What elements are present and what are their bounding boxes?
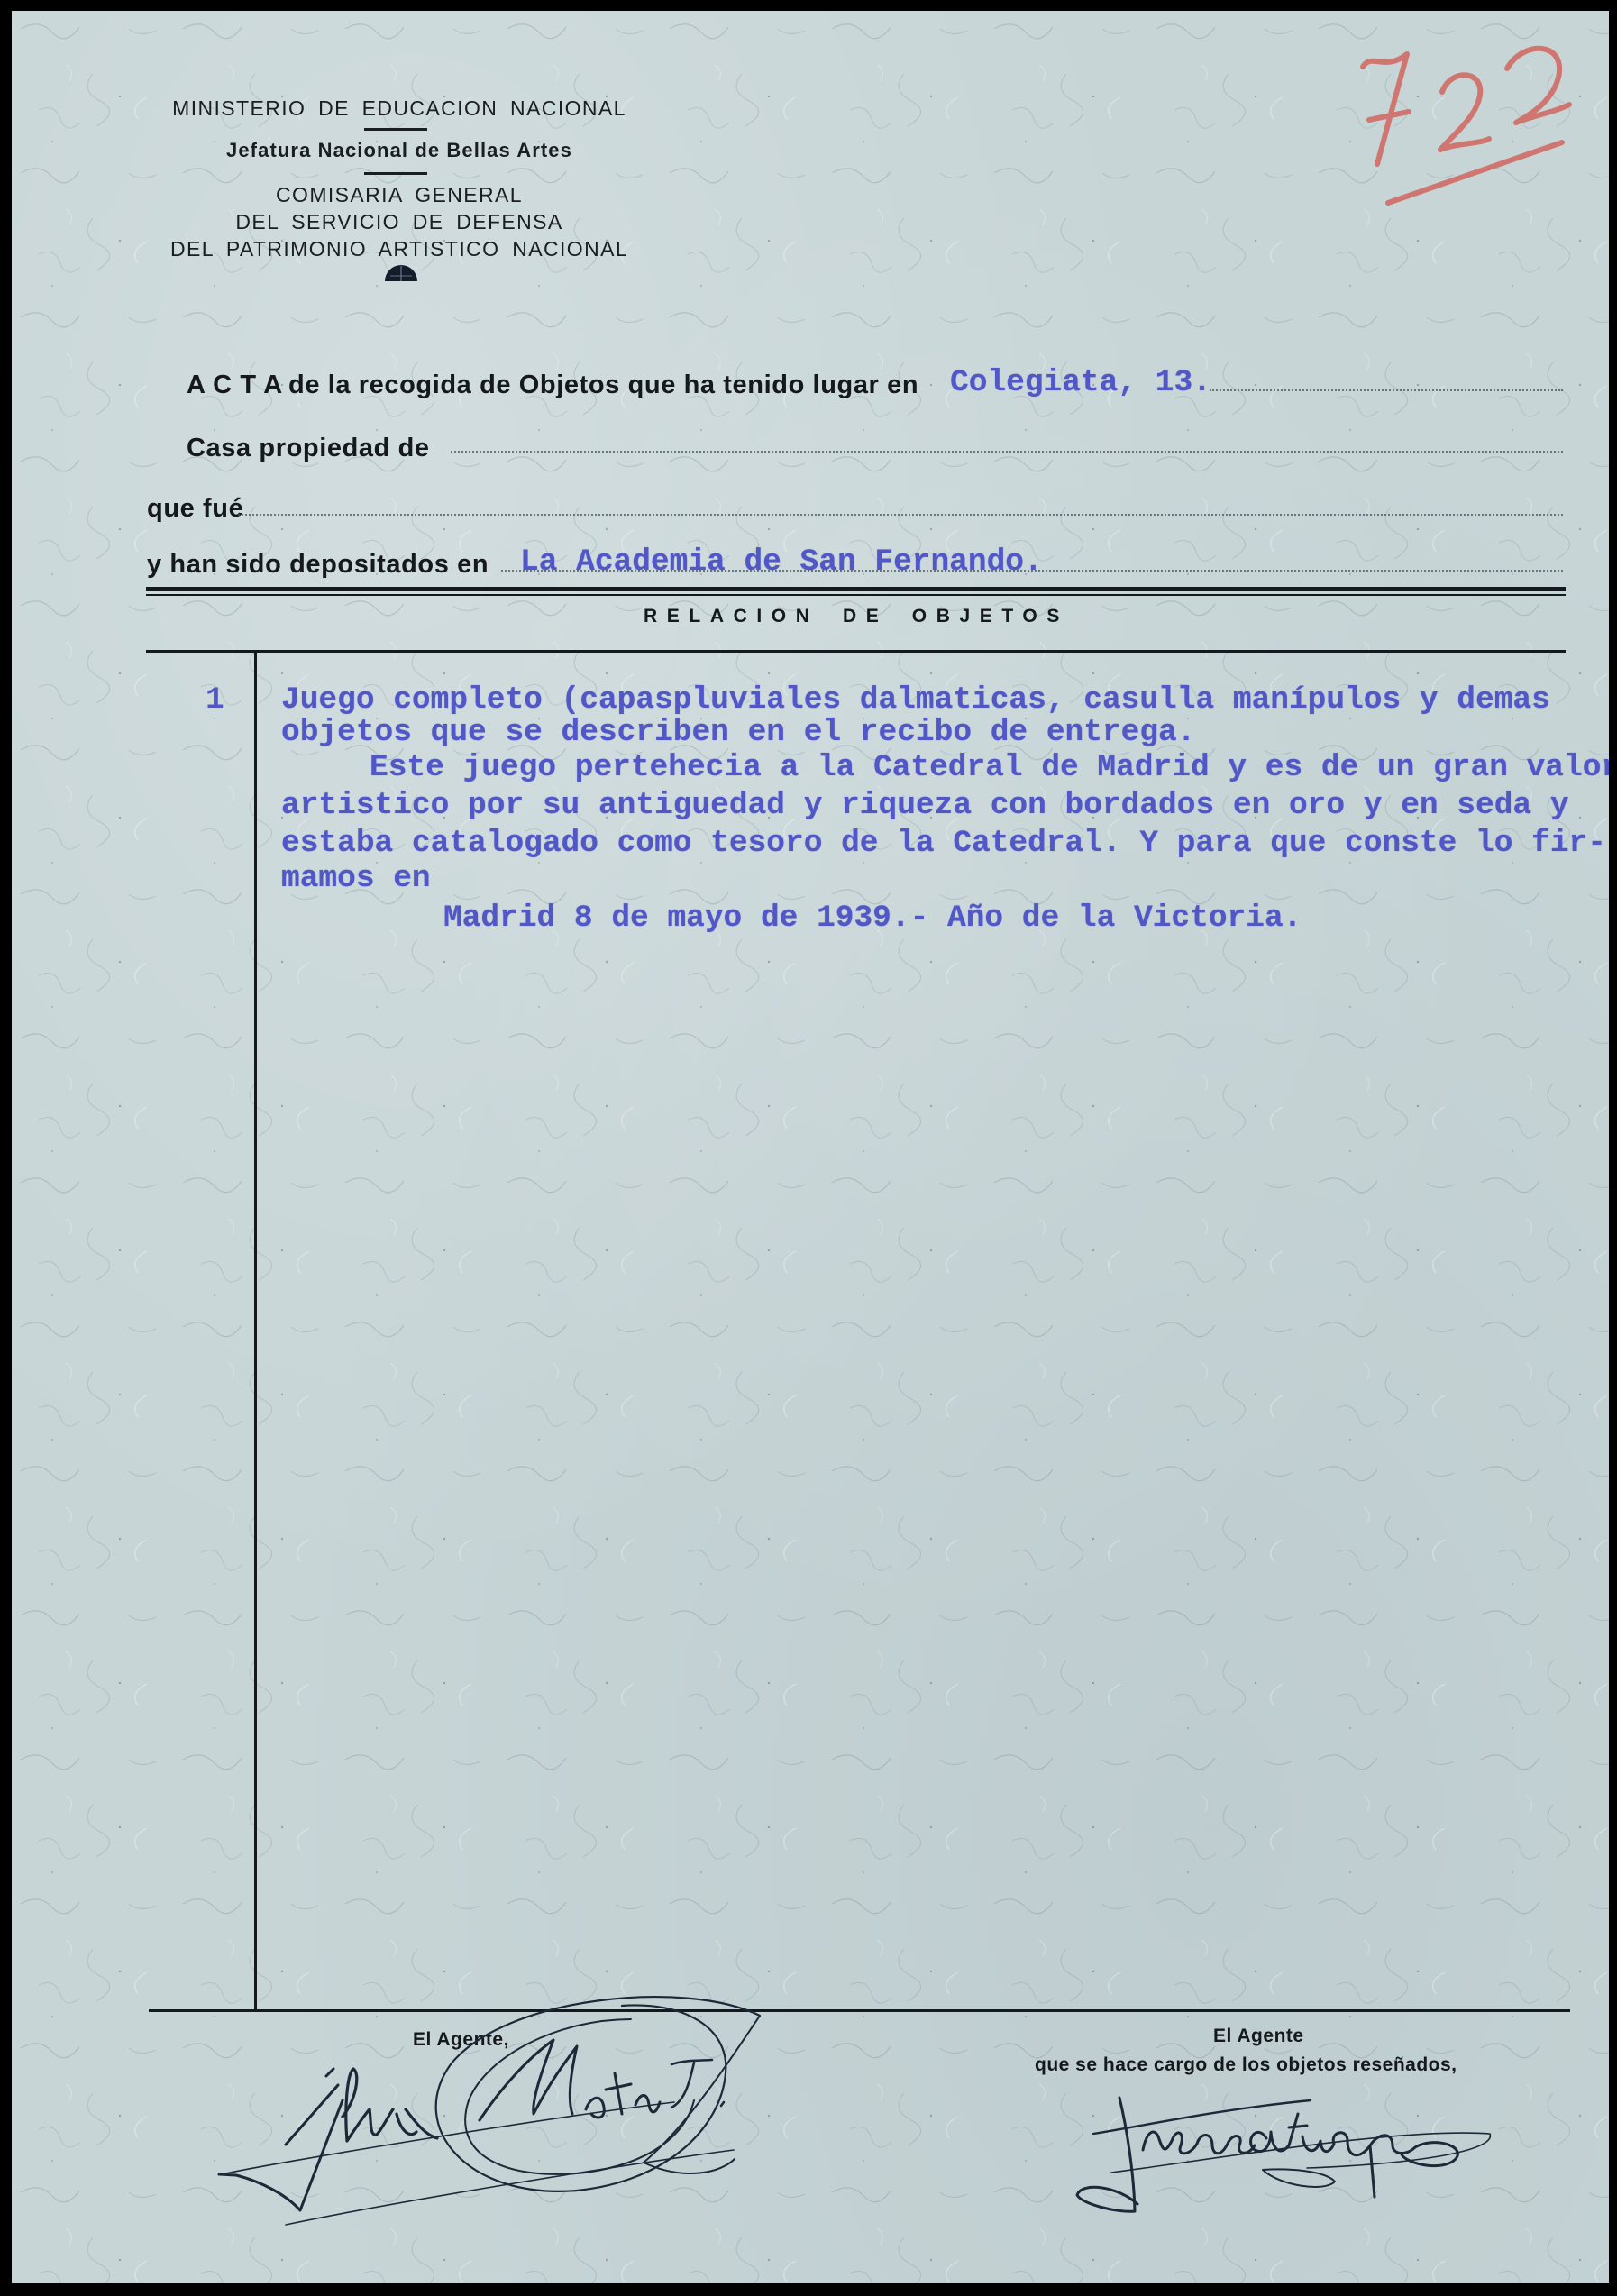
double-rule-thin	[146, 594, 1566, 596]
letterhead-heritage: DEL PATRIMONIO ARTISTICO NACIONAL	[129, 238, 670, 260]
item-line: artistico por su antiguedad y riqueza co…	[281, 788, 1569, 824]
item-line: estaba catalogado como tesoro de la Cate…	[281, 826, 1606, 862]
double-rule-thick	[146, 587, 1566, 591]
section-title-rule	[146, 650, 1566, 653]
letterhead-service: DEL SERVICIO DE DEFENSA	[129, 211, 670, 233]
item-line: objetos que se describen en el recibo de…	[281, 715, 1195, 751]
letterhead-ministry: MINISTERIO DE EDUCACION NACIONAL	[129, 97, 670, 119]
number-column-divider	[254, 653, 257, 2010]
scan-border-bottom	[0, 2283, 1617, 2296]
scan-border-left	[0, 0, 12, 2296]
item-line: Este juego pertehecia a la Catedral de M…	[370, 750, 1617, 786]
objects-section-title: RELACION DE OBJETOS	[541, 606, 1172, 627]
deposit-label: y han sido depositados en	[147, 551, 489, 578]
acta-label: de la recogida de Objetos que ha tenido …	[288, 371, 918, 398]
location-dotted-line	[1210, 389, 1563, 391]
item-date-line: Madrid 8 de mayo de 1939.- Año de la Vic…	[443, 901, 1302, 937]
letterhead-rule-2	[364, 172, 427, 175]
former-dotted-line	[238, 514, 1563, 516]
letterhead-commission: COMISARIA GENERAL	[129, 184, 670, 206]
signature-area-rule	[149, 2009, 1570, 2012]
deposit-value: La Academia de San Fernando.	[520, 544, 1043, 581]
item-line: Juego completo (capaspluviales dalmatica…	[281, 682, 1550, 718]
right-agent-sublabel: que se hace cargo de los objetos reseñad…	[1035, 2054, 1457, 2076]
deposit-dotted-line	[501, 570, 1563, 572]
scan-border-right	[1609, 0, 1617, 2296]
owner-dotted-line	[451, 451, 1563, 453]
letterhead-department: Jefatura Nacional de Bellas Artes	[129, 140, 670, 161]
item-line: mamos en	[281, 861, 431, 897]
half-circle-emblem-icon	[383, 263, 419, 283]
owner-label: Casa propiedad de	[187, 435, 430, 462]
archive-number: 722	[1361, 54, 1363, 55]
letterhead-rule-1	[364, 128, 427, 131]
item-number: 1	[206, 682, 224, 718]
right-agent-label: El Agente	[1213, 2026, 1304, 2047]
scan-border-top	[0, 0, 1617, 11]
paper-sheet	[12, 11, 1609, 2283]
acta-label-prefix: A C T A	[187, 371, 283, 398]
left-agent-label: El Agente,	[413, 2029, 509, 2051]
location-value: Colegiata, 13.	[950, 365, 1211, 401]
former-label: que fué	[147, 495, 243, 522]
